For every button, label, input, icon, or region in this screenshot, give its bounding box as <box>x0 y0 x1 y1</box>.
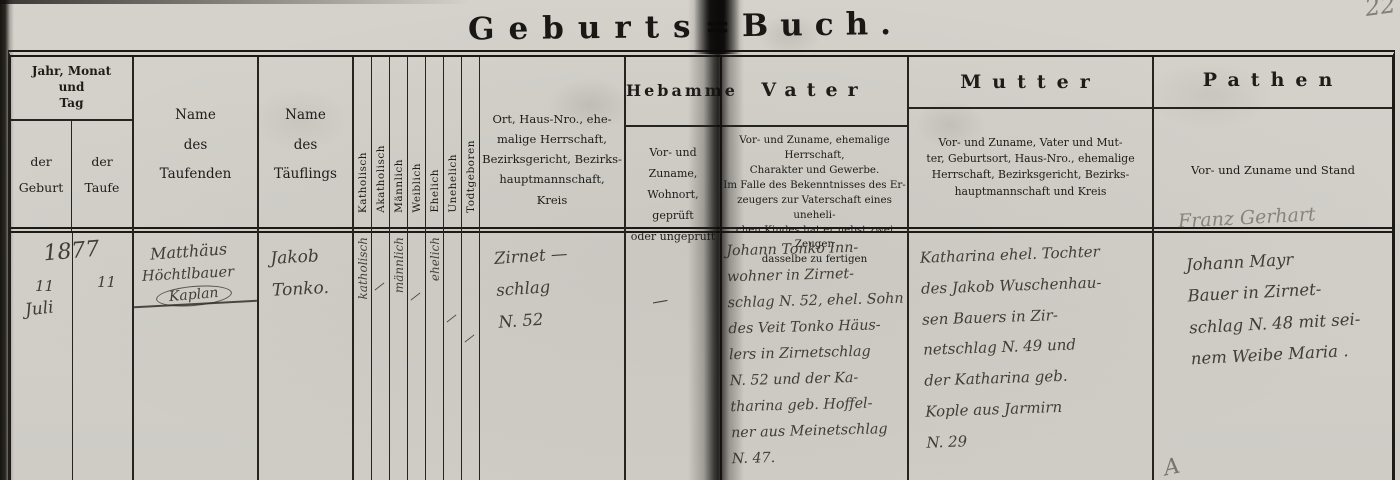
record-flag-unehelich: — <box>444 309 461 329</box>
book-title-right: Buch. <box>742 6 903 44</box>
scan-edge-left <box>0 0 14 480</box>
header-ort-label: Ort, Haus-Nro., ehe- malige Herrschaft, … <box>480 57 624 210</box>
header-date-baptism: der Taufe <box>72 121 132 231</box>
record-baptism-day: 11 <box>97 273 116 291</box>
record-birth-day: 11 <box>35 277 54 295</box>
column-taufender: Name des Taufenden Matthäus Höchtlbauer … <box>134 57 259 480</box>
column-akatholisch: Akatholisch — <box>372 57 390 480</box>
cell-pathen: Johann Mayr Bauer in Zirnet- schlag N. 4… <box>1154 233 1392 480</box>
cell-weiblich: — <box>408 233 425 480</box>
record-flag-weiblich: — <box>408 287 425 307</box>
header-mutter-sub: Vor- und Zuname, Vater und Mut- ter, Geb… <box>909 109 1152 200</box>
column-todtgeboren: Todtgeboren — <box>462 57 480 480</box>
header-unehelich-label: Unehelich <box>447 154 459 213</box>
column-date: Jahr, Monat und Tag der Geburt der Taufe… <box>11 57 134 480</box>
header-ort: Ort, Haus-Nro., ehe- malige Herrschaft, … <box>480 57 624 233</box>
cell-mutter: Katharina ehel. Tochter des Jakob Wusche… <box>909 233 1152 480</box>
record-flag-ehelich: ehelich <box>428 237 442 281</box>
record-mutter: Katharina ehel. Tochter des Jakob Wusche… <box>909 233 1152 458</box>
record-vater: Johann Tonko Inn- wohner in Zirnet- schl… <box>722 233 907 473</box>
cell-unehelich: — <box>444 233 461 480</box>
column-ehelich: Ehelich ehelich <box>426 57 444 480</box>
cell-taufling: Jakob Tonko. <box>259 233 352 480</box>
header-vater-title: Vater <box>722 57 907 127</box>
header-pathen-sub: Vor- und Zuname und Stand <box>1154 109 1392 177</box>
record-flag-akatholisch: — <box>372 277 389 297</box>
header-pathen: Pathen Vor- und Zuname und Stand Franz G… <box>1154 57 1392 233</box>
header-mutter: Mutter Vor- und Zuname, Vater und Mut- t… <box>909 57 1152 233</box>
cell-taufender: Matthäus Höchtlbauer Kaplan <box>134 233 257 480</box>
record-flag-katholisch: katholisch <box>356 237 370 299</box>
column-pathen: Pathen Vor- und Zuname und Stand Franz G… <box>1154 57 1392 480</box>
header-vater: Vater Vor- und Zuname, ehemalige Herrsch… <box>722 57 907 233</box>
record-pathen-corner-mark: A <box>1162 454 1183 480</box>
header-katholisch-label: Katholisch <box>357 152 369 213</box>
record-taufender-title: Kaplan <box>155 283 232 310</box>
record-pathen: Johann Mayr Bauer in Zirnet- schlag N. 4… <box>1154 233 1392 377</box>
column-mutter: Mutter Vor- und Zuname, Vater und Mut- t… <box>909 57 1154 480</box>
header-date-birth: der Geburt <box>11 121 72 231</box>
header-pathen-handwriting: Franz Gerhart <box>1178 203 1317 232</box>
header-taufender: Name des Taufenden <box>134 57 257 233</box>
header-weiblich-label: Weiblich <box>411 163 423 213</box>
record-taufling-name: Jakob Tonko. <box>259 233 352 308</box>
header-date-group: Jahr, Monat und Tag <box>11 57 132 121</box>
record-month: Juli <box>24 298 55 321</box>
record-ort: Zirnet — schlag N. 52 <box>480 233 624 340</box>
column-maennlich: Männlich männlich <box>390 57 408 480</box>
scan-edge-top <box>0 0 470 4</box>
cell-ehelich: ehelich <box>426 233 443 480</box>
cell-akatholisch: — <box>372 233 389 480</box>
book-binding-gutter <box>688 0 744 480</box>
record-year: 1877 <box>11 234 132 269</box>
column-taufling: Name des Täuflings Jakob Tonko. <box>259 57 354 480</box>
cell-date: 1877 11 11 Juli <box>11 233 132 480</box>
header-maennlich-label: Männlich <box>393 159 405 213</box>
header-taufling: Name des Täuflings <box>259 57 352 233</box>
header-pathen-title: Pathen <box>1154 57 1392 109</box>
record-taufender-firstname: Matthäus <box>149 237 253 263</box>
scanned-register-page: Geburts= Buch. 22 Jahr, Monat und Tag de… <box>0 0 1400 480</box>
record-hebamme: — <box>650 290 669 311</box>
column-katholisch: Katholisch katholisch <box>354 57 372 480</box>
date-subcolumn-divider <box>72 233 74 480</box>
column-ort: Ort, Haus-Nro., ehe- malige Herrschaft, … <box>480 57 626 480</box>
header-akatholisch-label: Akatholisch <box>375 145 387 213</box>
header-mutter-title: Mutter <box>909 57 1152 109</box>
column-unehelich: Unehelich — <box>444 57 462 480</box>
book-binding-gutter-top <box>694 0 740 54</box>
cell-maennlich: männlich <box>390 233 407 480</box>
column-weiblich: Weiblich — <box>408 57 426 480</box>
cell-todtgeboren: — <box>462 233 479 480</box>
record-flag-todtgeboren: — <box>462 329 479 349</box>
header-todtgeboren-label: Todtgeboren <box>465 140 477 213</box>
header-taufling-label: Name des Täuflings <box>259 57 352 190</box>
record-flag-maennlich: männlich <box>392 237 406 293</box>
cell-katholisch: katholisch <box>354 233 371 480</box>
cell-ort: Zirnet — schlag N. 52 <box>480 233 624 480</box>
column-vater: Vater Vor- und Zuname, ehemalige Herrsch… <box>722 57 909 480</box>
header-taufender-label: Name des Taufenden <box>134 57 257 190</box>
record-taufender-surname: Höchtlbauer <box>142 263 254 285</box>
cell-vater: Johann Tonko Inn- wohner in Zirnet- schl… <box>722 233 907 480</box>
header-date: Jahr, Monat und Tag der Geburt der Taufe <box>11 57 132 233</box>
header-ehelich-label: Ehelich <box>429 169 441 213</box>
